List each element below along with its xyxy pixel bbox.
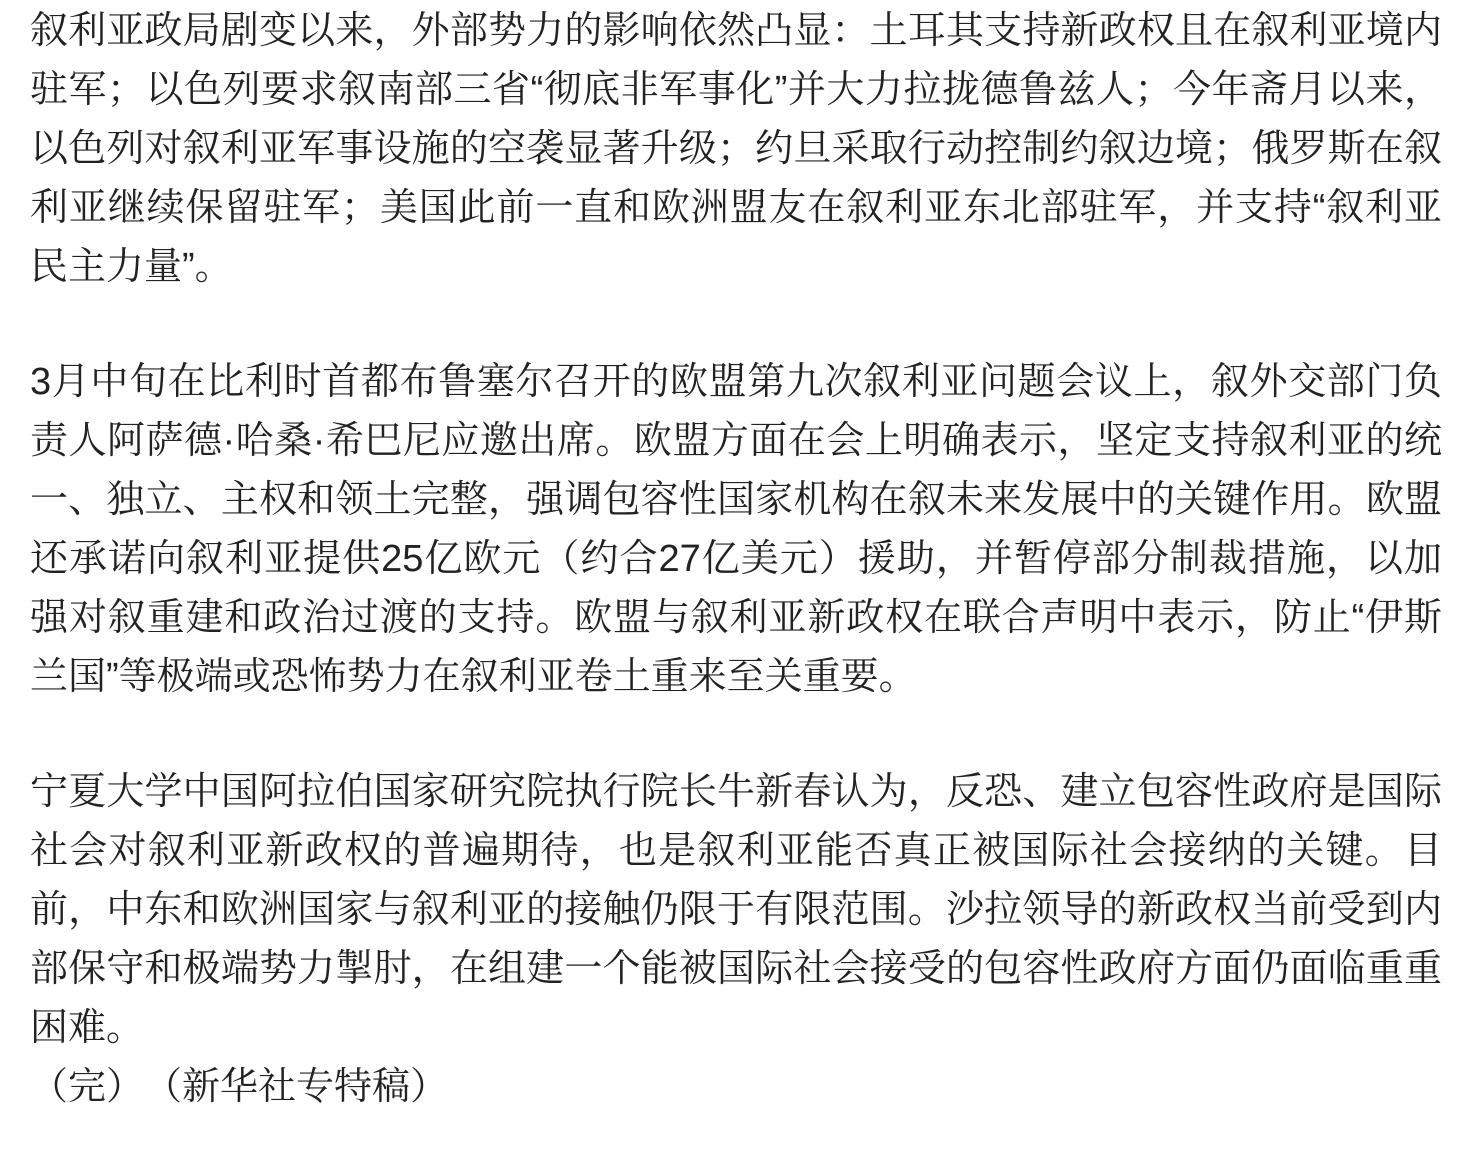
- paragraph-eu-conference: 3月中旬在比利时首都布鲁塞尔召开的欧盟第九次叙利亚问题会议上，叙外交部门负责人阿…: [30, 353, 1442, 707]
- closing-byline: （完） （新华社专特稿）: [30, 1058, 1442, 1117]
- paragraph-external-forces: 叙利亚政局剧变以来，外部势力的影响依然凸显：土耳其支持新政权且在叙利亚境内驻军；…: [30, 2, 1442, 297]
- article-body: 叙利亚政局剧变以来，外部势力的影响依然凸显：土耳其支持新政权且在叙利亚境内驻军；…: [0, 0, 1472, 1157]
- paragraph-expert-view: 宁夏大学中国阿拉伯国家研究院执行院长牛新春认为，反恐、建立包容性政府是国际社会对…: [30, 763, 1442, 1058]
